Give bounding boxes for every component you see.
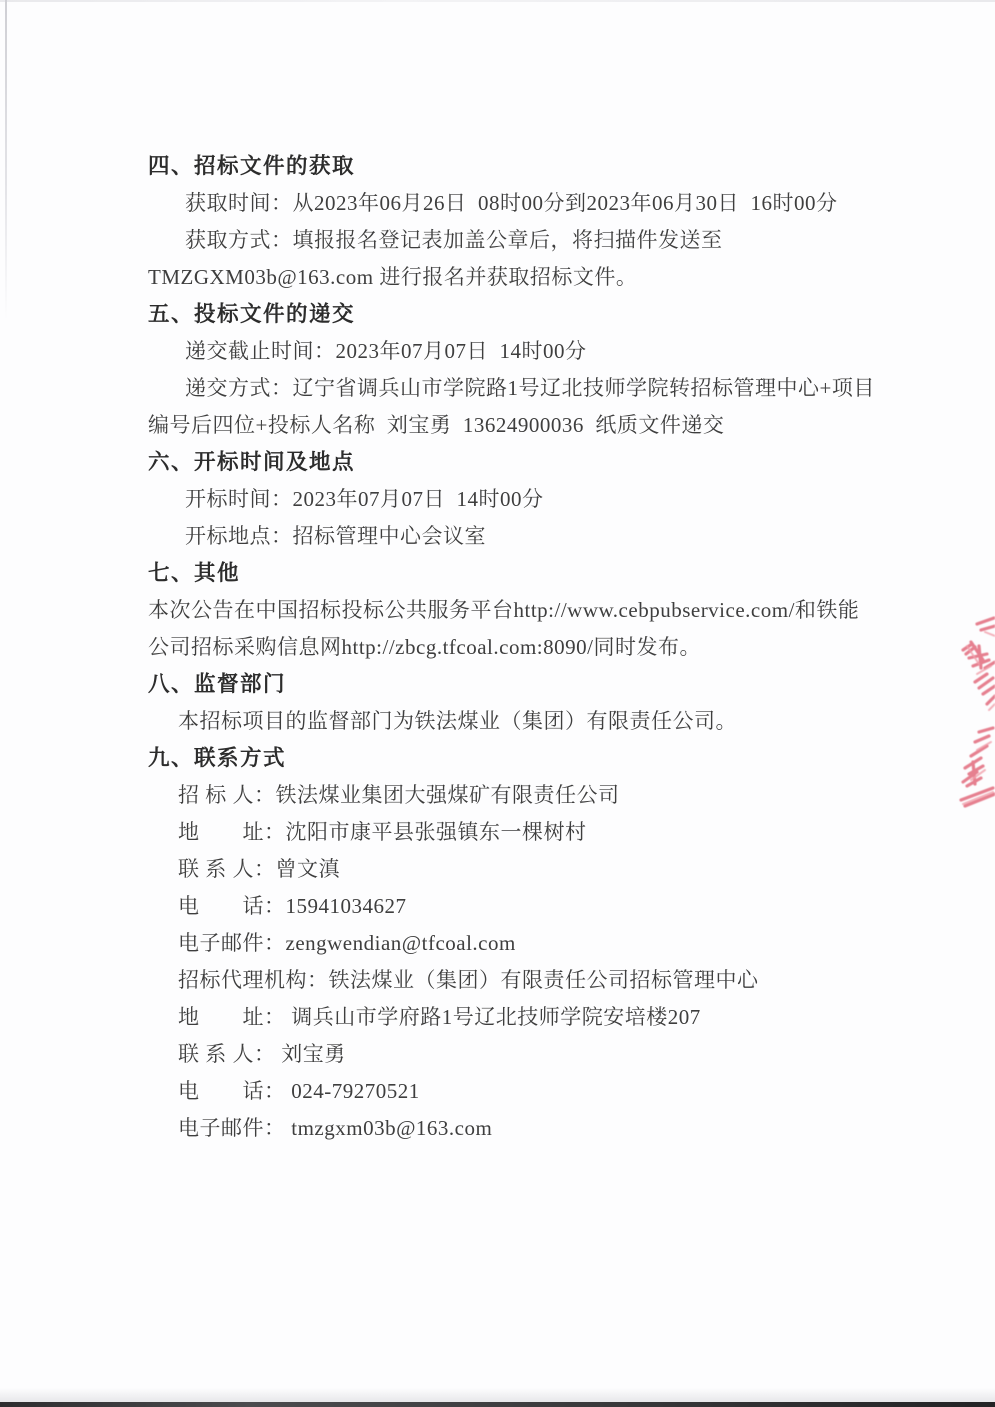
section-contact-information: 九、联系方式 招 标 人：铁法煤业集团大强煤矿有限责任公司 地 址：沈阳市康平县… [148, 744, 948, 1142]
section-heading: 八、监督部门 [148, 670, 948, 698]
tenderer-contact-block: 招 标 人：铁法煤业集团大强煤矿有限责任公司 地 址：沈阳市康平县张强镇东一棵树… [148, 781, 948, 957]
section-bid-submission: 五、投标文件的递交 递交截止时间：2023年07月07日 14时00分 递交方式… [148, 300, 948, 439]
scanned-tender-announcement-page: 四、招标文件的获取 获取时间：从2023年06月26日 08时00分到2023年… [0, 0, 995, 1407]
agency-address-line: 地 址： 调兵山市学府路1号辽北技师学院安培楼207 [148, 1003, 948, 1031]
section-heading: 五、投标文件的递交 [148, 300, 948, 328]
scan-top-edge [0, 0, 995, 2]
opening-time-line: 开标时间：2023年07月07日 14时00分 [148, 485, 948, 513]
section-bid-opening: 六、开标时间及地点 开标时间：2023年07月07日 14时00分 开标地点：招… [148, 448, 948, 550]
section-heading: 七、其他 [148, 559, 948, 587]
tenderer-contact-line: 联 系 人：曾文滇 [148, 855, 948, 883]
submission-method-cont-line: 编号后四位+投标人名称 刘宝勇 13624900036 纸质文件递交 [148, 411, 948, 439]
supervision-body-line: 本招标项目的监督部门为铁法煤业（集团）有限责任公司。 [148, 707, 948, 735]
section-other: 七、其他 本次公告在中国招标投标公共服务平台http://www.cebpubs… [148, 559, 948, 661]
tenderer-phone-line: 电 话：15941034627 [148, 892, 948, 920]
red-seal-fragment-top [957, 616, 995, 718]
acquisition-method-line: 获取方式：填报报名登记表加盖公章后，将扫描件发送至 [148, 226, 948, 254]
tenderer-address-line: 地 址：沈阳市康平县张强镇东一棵树村 [148, 818, 948, 846]
acquisition-email-line: TMZGXM03b@163.com 进行报名并获取招标文件。 [148, 263, 948, 291]
section-heading: 九、联系方式 [148, 744, 948, 772]
scan-bottom-edge [0, 1402, 995, 1407]
acquisition-time-line: 获取时间：从2023年06月26日 08时00分到2023年06月30日 16时… [148, 189, 948, 217]
opening-place-line: 开标地点：招标管理中心会议室 [148, 522, 948, 550]
section-heading: 六、开标时间及地点 [148, 448, 948, 476]
submission-method-line: 递交方式：辽宁省调兵山市学院路1号辽北技师学院转招标管理中心+项目 [148, 374, 948, 402]
scan-bottom-shade [0, 1388, 995, 1402]
publication-notice-line-1: 本次公告在中国招标投标公共服务平台http://www.cebpubservic… [148, 596, 948, 624]
agency-contact-block: 招标代理机构：铁法煤业（集团）有限责任公司招标管理中心 地 址： 调兵山市学府路… [148, 966, 948, 1142]
document-body: 四、招标文件的获取 获取时间：从2023年06月26日 08时00分到2023年… [148, 152, 948, 1151]
agency-phone-line: 电 话： 024-79270521 [148, 1077, 948, 1105]
tenderer-name-line: 招 标 人：铁法煤业集团大强煤矿有限责任公司 [148, 781, 948, 809]
tenderer-email-line: 电子邮件：zengwendian@tfcoal.com [148, 929, 948, 957]
agency-contact-line: 联 系 人： 刘宝勇 [148, 1040, 948, 1068]
section-bid-document-acquisition: 四、招标文件的获取 获取时间：从2023年06月26日 08时00分到2023年… [148, 152, 948, 291]
red-seal-fragment-bottom [953, 726, 995, 818]
agency-email-line: 电子邮件： tmzgxm03b@163.com [148, 1114, 948, 1142]
publication-notice-line-2: 公司招标采购信息网http://zbcg.tfcoal.com:8090/同时发… [148, 633, 948, 661]
scan-left-edge [5, 0, 7, 320]
section-supervision-department: 八、监督部门 本招标项目的监督部门为铁法煤业（集团）有限责任公司。 [148, 670, 948, 735]
section-heading: 四、招标文件的获取 [148, 152, 948, 180]
agency-name-line: 招标代理机构：铁法煤业（集团）有限责任公司招标管理中心 [148, 966, 948, 994]
submission-deadline-line: 递交截止时间：2023年07月07日 14时00分 [148, 337, 948, 365]
